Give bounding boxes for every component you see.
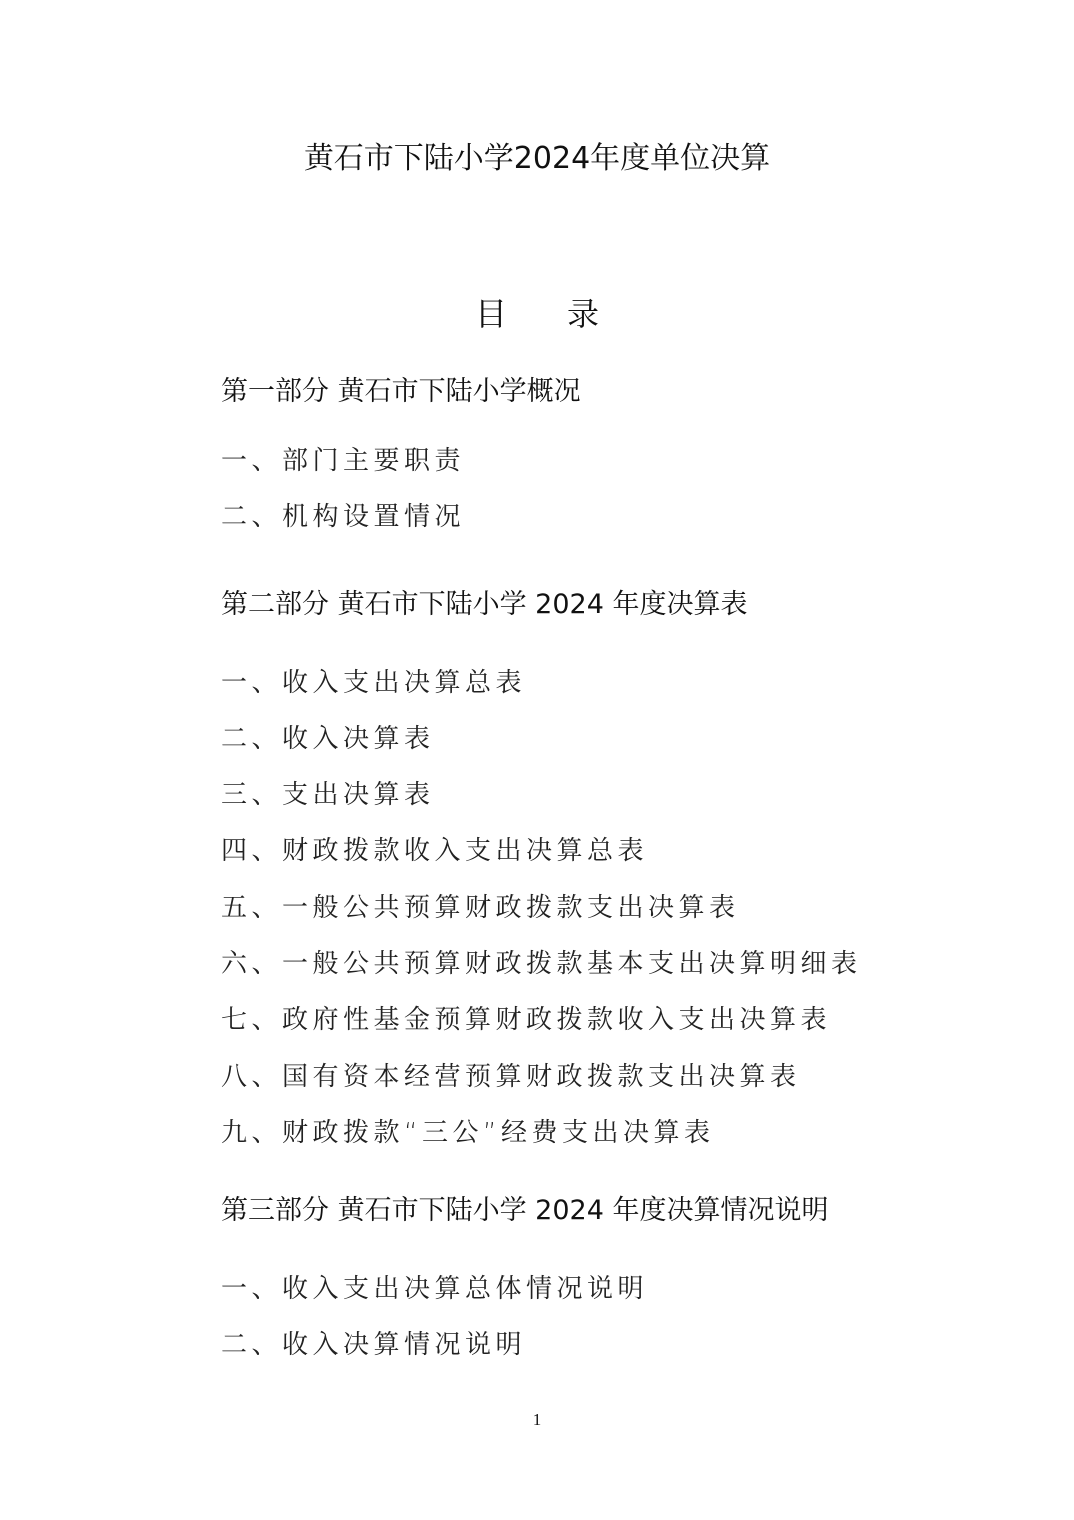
toc-item: 一、收入支出决算总体情况说明 [221, 1269, 648, 1309]
toc-item: 九、财政拨款“三公”经费支出决算表 [221, 1113, 714, 1153]
toc-item: 三、支出决算表 [221, 775, 435, 815]
toc-item: 五、一般公共预算财政拨款支出决算表 [221, 888, 740, 928]
toc-item: 一、收入支出决算总表 [221, 663, 526, 703]
document-title: 黄石市下陆小学2024年度单位决算 [0, 137, 1074, 181]
toc-item: 二、收入决算情况说明 [221, 1325, 526, 1365]
toc-item: 八、国有资本经营预算财政拨款支出决算表 [221, 1057, 801, 1097]
toc-item: 二、收入决算表 [221, 719, 435, 759]
part-1-heading: 第一部分 黄石市下陆小学概况 [221, 372, 581, 412]
toc-item: 四、财政拨款收入支出决算总表 [221, 831, 648, 871]
toc-heading: 目录 [0, 292, 1074, 336]
toc-item: 二、机构设置情况 [221, 497, 465, 537]
toc-item: 七、政府性基金预算财政拨款收入支出决算表 [221, 1000, 831, 1040]
page-number: 1 [0, 1410, 1074, 1430]
toc-item: 六、一般公共预算财政拨款基本支出决算明细表 [221, 944, 862, 984]
part-3-heading: 第三部分 黄石市下陆小学 2024 年度决算情况说明 [221, 1191, 828, 1231]
toc-item: 一、部门主要职责 [221, 441, 465, 481]
part-2-heading: 第二部分 黄石市下陆小学 2024 年度决算表 [221, 585, 747, 625]
